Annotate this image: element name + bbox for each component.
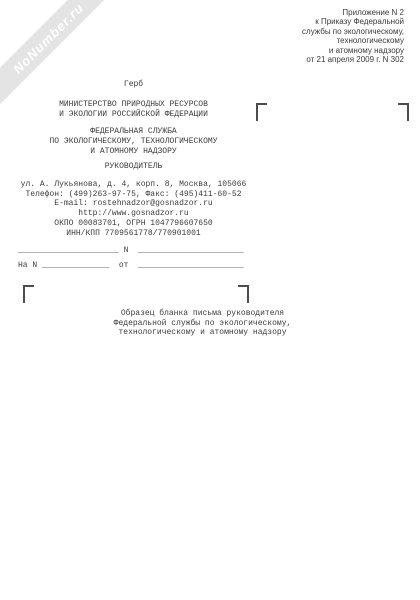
appendix-line: технологическому <box>302 36 404 45</box>
emblem-placeholder: Герб <box>0 80 267 90</box>
ministry-line: И ЭКОЛОГИИ РОССИЙСКОЙ ФЕДЕРАЦИИ <box>0 110 267 120</box>
appendix-line: от 21 апреля 2009 г. N 302 <box>302 55 404 64</box>
appendix-line: Приложение N 2 <box>302 8 404 17</box>
contact-line: ул. А. Лукьянова, д. 4, корп. 8, Москва,… <box>0 180 267 190</box>
corner-mark-top-right <box>398 103 409 121</box>
corner-mark-top-left <box>256 103 267 121</box>
appendix-line: к Приказу Федеральной <box>302 17 404 26</box>
caption-line: Образец бланка письма руководителя <box>0 309 405 319</box>
appendix-line: службы по экологическому, <box>302 27 404 36</box>
corner-mark-bottom-left <box>23 285 34 303</box>
appendix-line: и атомному надзору <box>302 46 404 55</box>
ministry-line: МИНИСТЕРСТВО ПРИРОДНЫХ РЕСУРСОВ <box>0 100 267 110</box>
document-page: NoNumber.ru Приложение N 2 к Приказу Фед… <box>0 0 420 600</box>
appendix-block: Приложение N 2 к Приказу Федеральной слу… <box>302 8 404 64</box>
contact-block: ул. А. Лукьянова, д. 4, корп. 8, Москва,… <box>0 180 267 238</box>
caption-line: Федеральной службы по экологическому, <box>0 319 405 329</box>
ministry-name: МИНИСТЕРСТВО ПРИРОДНЫХ РЕСУРСОВ И ЭКОЛОГ… <box>0 100 267 120</box>
corner-mark-bottom-right <box>238 285 249 303</box>
position-title: РУКОВОДИТЕЛЬ <box>0 162 267 172</box>
reply-reference-line: На N ______________ от _________________… <box>18 261 244 271</box>
watermark-text: NoNumber.ru <box>10 0 87 76</box>
caption-line: технологическому и атомному надзору <box>0 328 405 338</box>
agency-line: И АТОМНОМУ НАДЗОРУ <box>0 147 267 157</box>
agency-line: ПО ЭКОЛОГИЧЕСКОМУ, ТЕХНОЛОГИЧЕСКОМУ <box>0 137 267 147</box>
agency-name: ФЕДЕРАЛЬНАЯ СЛУЖБА ПО ЭКОЛОГИЧЕСКОМУ, ТЕ… <box>0 127 267 157</box>
caption-block: Образец бланка письма руководителя Федер… <box>0 309 405 338</box>
doc-number-line: _____________________ N ________________… <box>18 246 244 256</box>
contact-line: ИНН/КПП 7709561778/770901001 <box>0 229 267 239</box>
contact-line: E-mail: rostehnadzor@gosnadzor.ru <box>0 199 267 209</box>
contact-line: Телефон: (499)263-97-75, Факс: (495)411-… <box>0 190 267 200</box>
agency-line: ФЕДЕРАЛЬНАЯ СЛУЖБА <box>0 127 267 137</box>
contact-line: http://www.gosnadzor.ru <box>0 209 267 219</box>
contact-line: ОКПО 00083701, ОГРН 1047796607650 <box>0 219 267 229</box>
